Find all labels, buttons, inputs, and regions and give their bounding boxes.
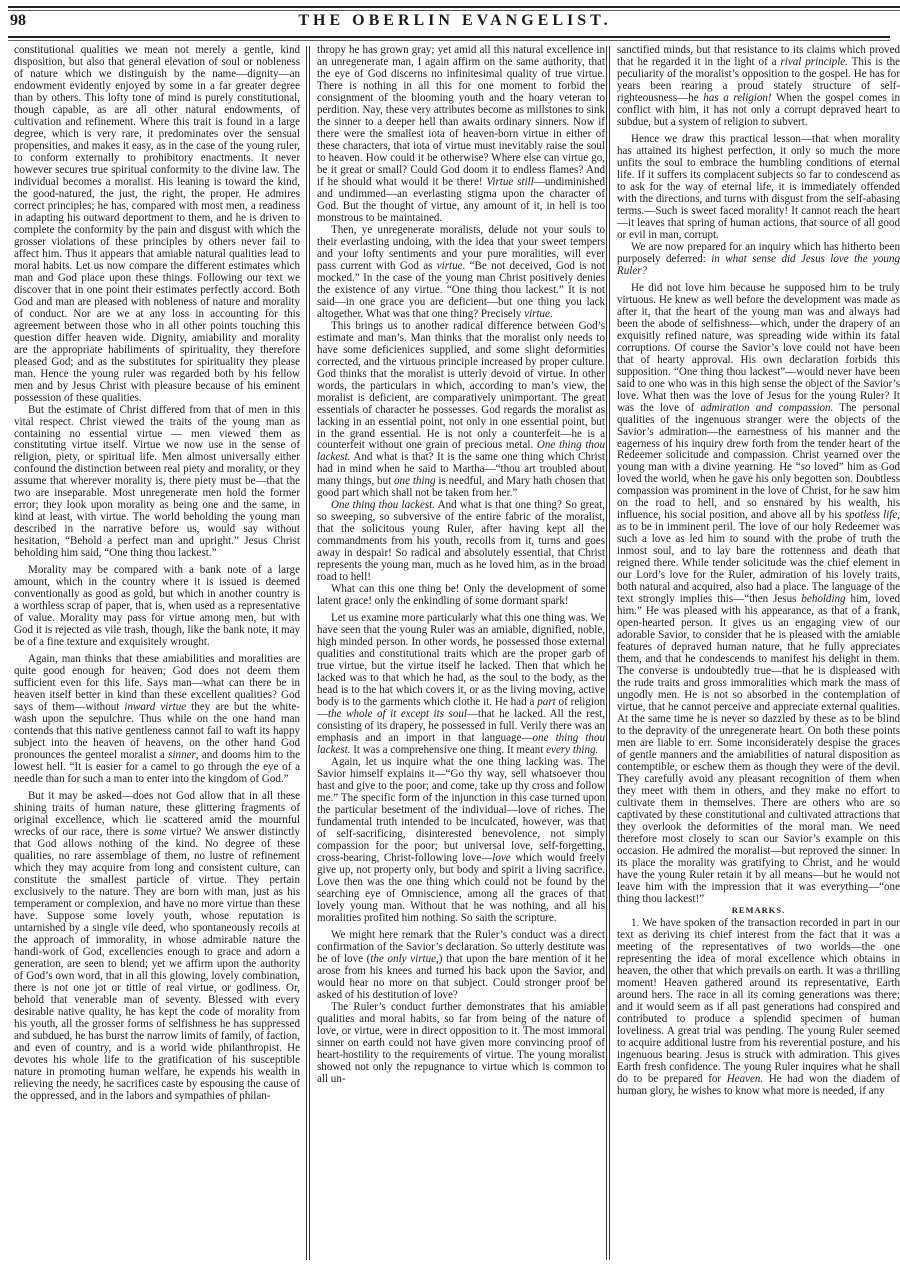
paragraph: This brings us to another radical differ… <box>317 320 605 500</box>
paragraph: Again, man thinks that these amiabilitie… <box>14 653 300 785</box>
paragraph: constitutional qualities we mean not mer… <box>14 44 300 404</box>
column-1: constitutional qualities we mean not mer… <box>14 44 300 1256</box>
top-rule-thin <box>8 10 900 11</box>
paragraph: But it may be asked—does not God allow t… <box>14 790 300 1102</box>
newspaper-title: THE OBERLIN EVANGELIST. <box>10 12 900 30</box>
paragraph: What can this one thing be! Only the dev… <box>317 583 605 607</box>
paragraph: Then, ye unregenerate moralists, delude … <box>317 224 605 320</box>
paragraph: Let us examine more particularly what th… <box>317 612 605 756</box>
paragraph: The Ruler’s conduct further demonstrates… <box>317 1001 605 1085</box>
paragraph: sanctified minds, but that resistance to… <box>617 44 900 128</box>
paragraph: We might here remark that the Ruler’s co… <box>317 929 605 1001</box>
column-3: sanctified minds, but that resistance to… <box>617 44 900 1256</box>
section-heading: REMARKS. <box>617 905 900 917</box>
paragraph: thropy he has grown gray; yet amid all t… <box>317 44 605 224</box>
paragraph: But the estimate of Christ differed from… <box>14 404 300 560</box>
article-body: constitutional qualities we mean not mer… <box>14 44 890 1254</box>
paragraph: Hence we draw this practical lesson—that… <box>617 133 900 241</box>
masthead: 98 THE OBERLIN EVANGELIST. <box>10 12 900 32</box>
paragraph: We are now prepared for an inquiry which… <box>617 241 900 277</box>
top-rule <box>8 6 900 8</box>
column-2: thropy he has grown gray; yet amid all t… <box>317 44 605 1256</box>
paragraph: Again, let us inquire what the one thing… <box>317 756 605 924</box>
paragraph: One thing thou lackest. And what is that… <box>317 499 605 583</box>
masthead-rule <box>8 36 890 38</box>
masthead-rule-thin <box>8 40 890 41</box>
paragraph: Morality may be compared with a bank not… <box>14 564 300 648</box>
paragraph: 1. We have spoken of the transaction rec… <box>617 917 900 1097</box>
paragraph: He did not love him because he supposed … <box>617 282 900 905</box>
